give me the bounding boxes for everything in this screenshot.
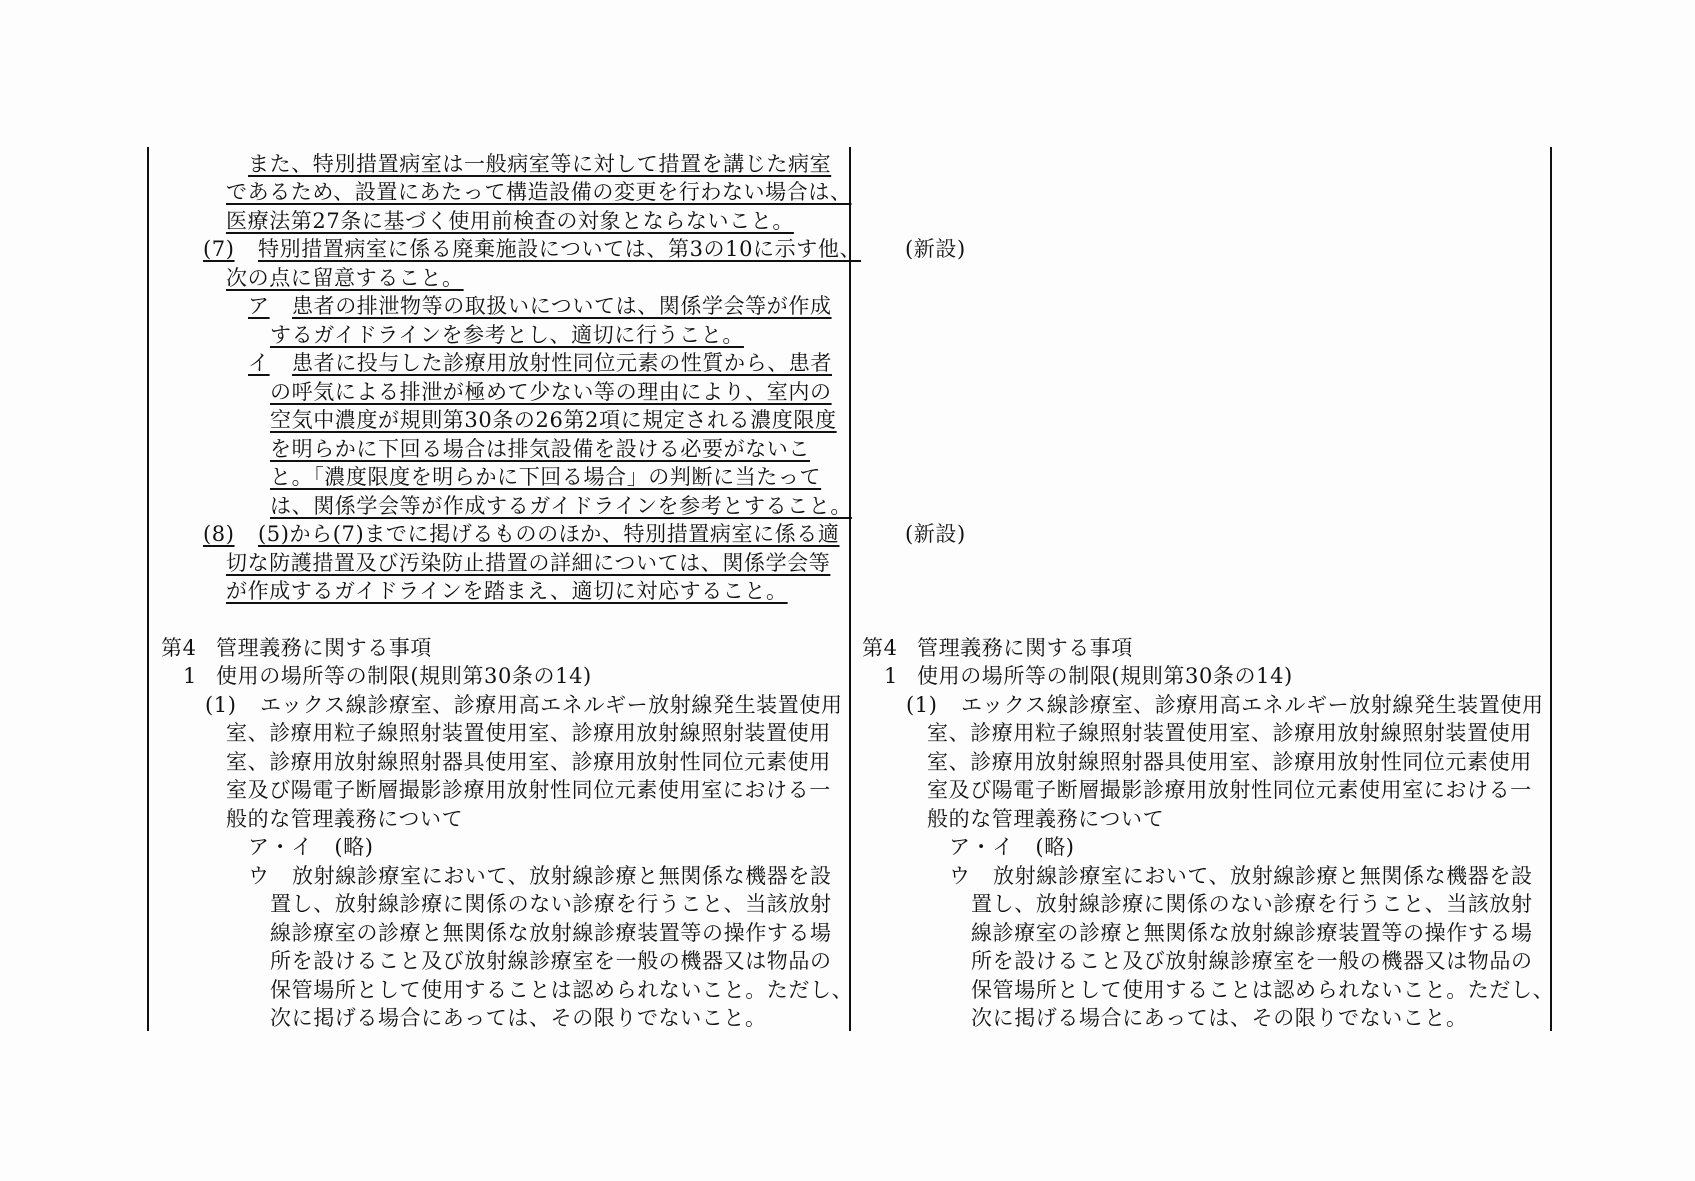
item-label: ア: [248, 292, 270, 320]
text-line: 管理義務に関する事項: [917, 634, 1133, 662]
item-label: (7): [203, 235, 235, 263]
item-label: ウ: [248, 862, 270, 890]
item-label: 第4: [161, 634, 197, 662]
amended-text-line: (5)から(7)までに掲げるもののほか、特別措置病室に係る適: [258, 520, 840, 548]
item-label: 1: [884, 662, 898, 690]
text-line: 室及び陽電子断層撮影診療用放射性同位元素使用室における一: [927, 776, 1532, 804]
item-label: (1): [205, 691, 237, 719]
text-line: 次に掲げる場合にあっては、その限りでないこと。: [971, 1004, 1468, 1032]
amended-text-line: と。「濃度限度を明らかに下回る場合」の判断に当たって: [270, 463, 821, 491]
item-label: 第4: [862, 634, 898, 662]
text-line: ア・イ (略): [248, 833, 374, 861]
amended-text-line: 患者の排泄物等の取扱いについては、関係学会等が作成: [292, 292, 832, 320]
amended-text-line: であるため、設置にあたって構造設備の変更を行わない場合は、: [226, 178, 852, 206]
item-label: (8): [203, 520, 235, 548]
text-line: (新設): [905, 520, 966, 548]
text-line: 室、診療用粒子線照射装置使用室、診療用放射線照射装置使用: [226, 719, 831, 747]
text-line: 置し、放射線診療に関係のない診療を行うこと、当該放射: [270, 890, 832, 918]
amended-text-line: 医療法第27条に基づく使用前検査の対象とならないこと。: [226, 207, 794, 235]
item-label: 1: [183, 662, 197, 690]
text-line: 放射線診療室において、放射線診療と無関係な機器を設: [292, 862, 832, 890]
text-line: 管理義務に関する事項: [216, 634, 432, 662]
text-line: 室、診療用放射線照射器具使用室、診療用放射性同位元素使用: [927, 748, 1532, 776]
amended-text-line: また、特別措置病室は一般病室等に対して措置を講じた病室: [248, 150, 831, 178]
table-column-divider: [849, 147, 851, 1031]
text-line: ア・イ (略): [949, 833, 1075, 861]
text-line: 線診療室の診療と無関係な放射線診療装置等の操作する場: [270, 919, 832, 947]
text-line: 保管場所として使用することは認められないこと。ただし、: [270, 976, 853, 1004]
text-line: 置し、放射線診療に関係のない診療を行うこと、当該放射: [971, 890, 1533, 918]
amended-text-line: 切な防護措置及び汚染防止措置の詳細については、関係学会等: [226, 549, 830, 577]
text-line: 般的な管理義務について: [226, 805, 463, 833]
text-line: 室、診療用粒子線照射装置使用室、診療用放射線照射装置使用: [927, 719, 1532, 747]
text-line: (新設): [905, 235, 966, 263]
amended-text-line: を明らかに下回る場合は排気設備を設ける必要がないこ: [270, 435, 810, 463]
text-line: 次に掲げる場合にあっては、その限りでないこと。: [270, 1004, 767, 1032]
text-line: 線診療室の診療と無関係な放射線診療装置等の操作する場: [971, 919, 1533, 947]
text-line: 般的な管理義務について: [927, 805, 1164, 833]
table-left-border: [147, 147, 149, 1031]
amended-text-line: が作成するガイドラインを踏まえ、適切に対応すること。: [226, 577, 788, 605]
amended-text-line: 次の点に留意すること。: [226, 264, 464, 292]
text-line: エックス線診療室、診療用高エネルギー放射線発生装置使用: [260, 691, 843, 719]
text-line: エックス線診療室、診療用高エネルギー放射線発生装置使用: [961, 691, 1544, 719]
text-line: 所を設けること及び放射線診療室を一般の機器又は物品の: [971, 947, 1533, 975]
text-line: 保管場所として使用することは認められないこと。ただし、: [971, 976, 1554, 1004]
table-right-border: [1550, 147, 1552, 1031]
amended-text-line: 患者に投与した診療用放射性同位元素の性質から、患者: [292, 349, 832, 377]
amended-text-line: 空気中濃度が規則第30条の26第2項に規定される濃度限度: [270, 406, 837, 434]
item-label: (1): [906, 691, 938, 719]
text-line: 室及び陽電子断層撮影診療用放射性同位元素使用室における一: [226, 776, 831, 804]
text-line: 使用の場所等の制限(規則第30条の14): [917, 662, 1293, 690]
amended-text-line: するガイドラインを参考とし、適切に行うこと。: [270, 321, 744, 349]
text-line: 使用の場所等の制限(規則第30条の14): [216, 662, 592, 690]
text-line: 室、診療用放射線照射器具使用室、診療用放射性同位元素使用: [226, 748, 831, 776]
amended-text-line: 特別措置病室に係る廃棄施設については、第3の10に示す他、: [258, 235, 861, 263]
amended-text-line: は、関係学会等が作成するガイドラインを参考とすること。: [270, 492, 852, 520]
item-label: イ: [248, 349, 270, 377]
amended-text-line: の呼気による排泄が極めて少ない等の理由により、室内の: [270, 378, 832, 406]
text-line: 放射線診療室において、放射線診療と無関係な機器を設: [993, 862, 1533, 890]
text-line: 所を設けること及び放射線診療室を一般の機器又は物品の: [270, 947, 832, 975]
item-label: ウ: [949, 862, 971, 890]
document-page: また、特別措置病室は一般病室等に対して措置を講じた病室であるため、設置にあたって…: [0, 0, 1695, 1181]
